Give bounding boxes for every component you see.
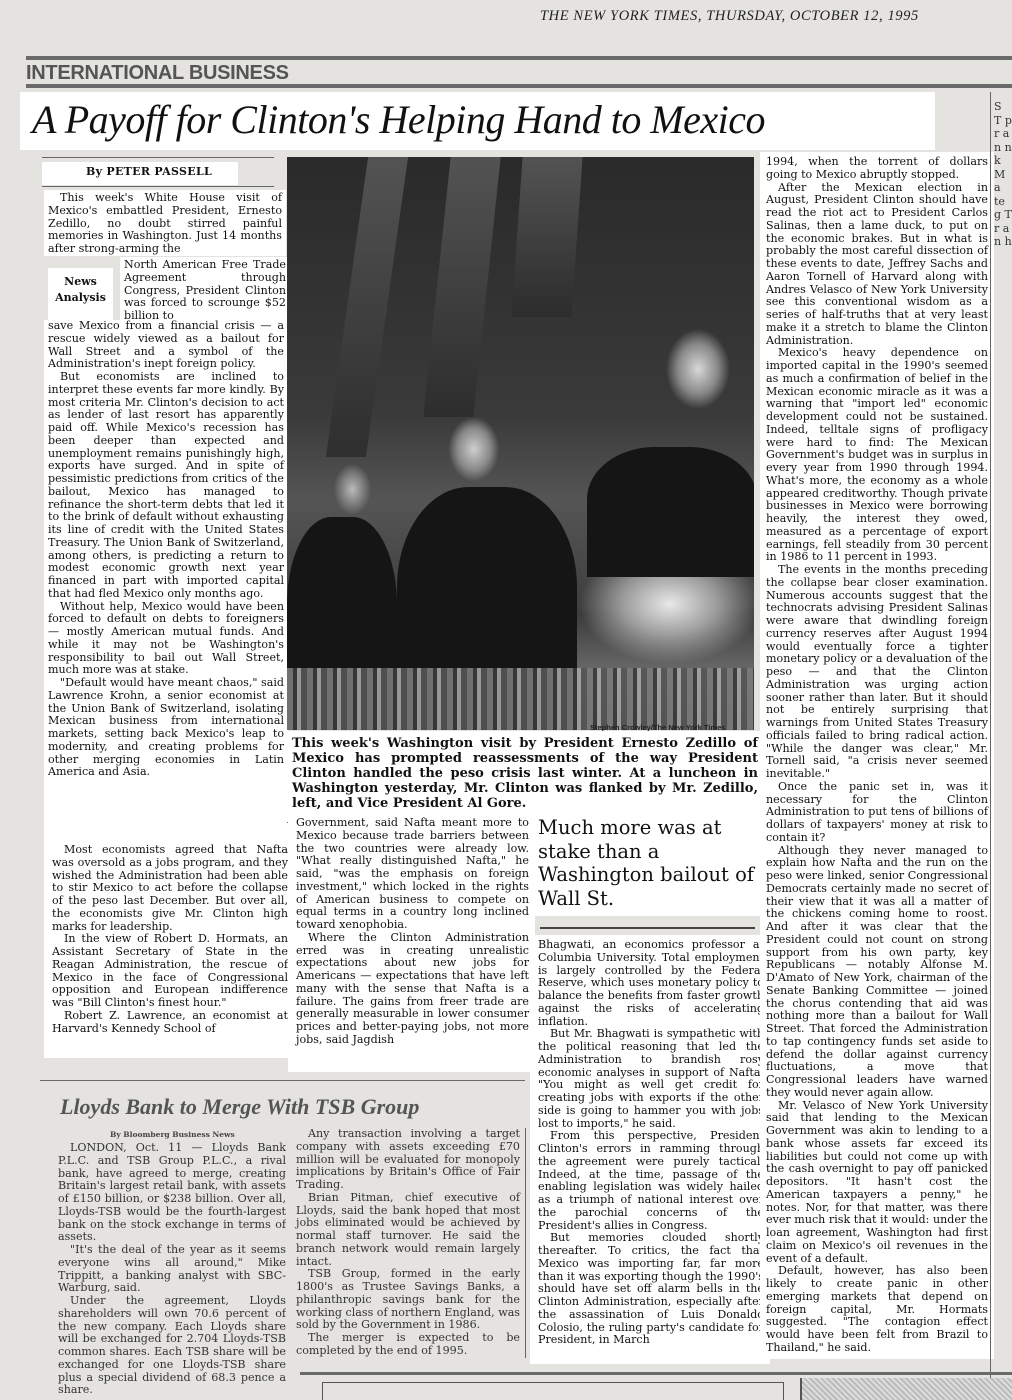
paragraph: Robert Z. Lawrence, an economist at Harv… [52,1010,288,1036]
flag-shape [326,157,408,457]
paragraph: save Mexico from a financial crisis — a … [48,320,284,371]
section-rule-top [26,56,1012,60]
paragraph: Under the agreement, Lloyds shareholders… [58,1295,286,1397]
person-right [587,447,754,577]
paragraph: But economists are inclined to interpret… [48,371,284,601]
paragraph: Government, said Nafta meant more to Mex… [296,817,529,932]
second-article-headline: Lloyds Bank to Merge With TSB Group [60,1094,419,1120]
article-byline: By PETER PASSELL [86,165,212,178]
paragraph: Most economists agreed that Nafta was ov… [52,844,288,933]
second-article-col2: Any transaction involving a target compa… [296,1128,520,1358]
pullquote-rule [540,927,755,929]
paragraph: But Mr. Bhagwati is sympathetic with the… [538,1028,764,1130]
column-divider [525,1128,526,1358]
article-headline: A Payoff for Clinton's Helping Hand to M… [32,96,765,143]
paragraph: "Default would have meant chaos," said L… [48,677,284,779]
paragraph: Brian Pitman, chief executive of Lloyds,… [296,1192,520,1269]
article-col2: Government, said Nafta meant more to Mex… [288,815,535,1072]
news-photo [287,157,754,730]
article-col1-lower: Most economists agreed that Nafta was ov… [44,840,292,1058]
balcony-rail [287,668,754,730]
article-col1-intro: This week's White House visit of Mexico'… [44,190,286,256]
paragraph: From this perspective, President Clinton… [538,1130,764,1232]
paragraph: The events in the months preceding the c… [766,564,988,781]
paragraph: Bhagwati, an economics professor at Colu… [538,939,764,1028]
bottom-photo-fragment [800,1378,1012,1400]
paragraph: Mexico's heavy dependence on imported ca… [766,347,988,564]
column-divider [990,92,991,1400]
second-article-byline: By Bloomberg Business News [110,1130,235,1139]
section-rule-bottom [26,84,1012,88]
article-col1-body: save Mexico from a financial crisis — a … [44,320,288,842]
section-title: INTERNATIONAL BUSINESS [26,62,289,85]
paragraph: Although they never managed to explain h… [766,845,988,1100]
photo-caption: This week's Washington visit by Presiden… [292,736,758,811]
bottom-ad-box [322,1382,784,1400]
paragraph: After the Mexican election in August, Pr… [766,182,988,348]
article-col4: 1994, when the torrent of dollars going … [760,152,994,1359]
section-divider [40,1080,525,1081]
paragraph: The merger is expected to be completed b… [296,1332,520,1358]
adjacent-article-fragment: S T p r a n n k M a te g T r a n h [994,100,1012,249]
paragraph: Mr. Velasco of New York University said … [766,1100,988,1266]
paragraph: In the view of Robert D. Hormats, an Ass… [52,933,288,1010]
news-analysis-label: News Analysis [48,268,113,320]
paragraph: 1994, when the torrent of dollars going … [766,156,988,182]
paragraph: But memories clouded shortly thereafter.… [538,1232,764,1347]
paragraph: Any transaction involving a target compa… [296,1128,520,1192]
masthead-dateline: THE NEW YORK TIMES, THURSDAY, OCTOBER 12… [540,8,919,25]
paragraph: Default, however, has also been likely t… [766,1265,988,1354]
second-article-col1: LONDON, Oct. 11 — Lloyds Bank P.L.C. and… [58,1142,286,1400]
bottom-rule [300,1372,1012,1375]
paragraph: Once the panic set in, was it necessary … [766,781,988,845]
flag-shape [511,157,582,317]
paragraph: TSB Group, formed in the early 1800's as… [296,1268,520,1332]
pullquote: Much more was at stake than a Washington… [538,816,758,910]
paragraph: North American Free Trade Agreement thro… [124,259,286,323]
article-col1-wrap: North American Free Trade Agreement thro… [120,257,288,323]
byline-rule-bottom [42,186,274,187]
article-col3: Bhagwati, an economics professor at Colu… [530,935,770,1364]
paragraph: LONDON, Oct. 11 — Lloyds Bank P.L.C. and… [58,1142,286,1244]
paragraph: "It's the deal of the year as it seems e… [58,1244,286,1295]
paragraph: This week's White House visit of Mexico'… [48,192,282,256]
label-news: News [48,274,113,290]
label-analysis: Analysis [48,290,113,306]
byline-rule [42,157,274,158]
paragraph: Without help, Mexico would have been for… [48,601,284,678]
paragraph: Where the Clinton Administration erred w… [296,932,529,1047]
flag-shape [423,157,500,417]
